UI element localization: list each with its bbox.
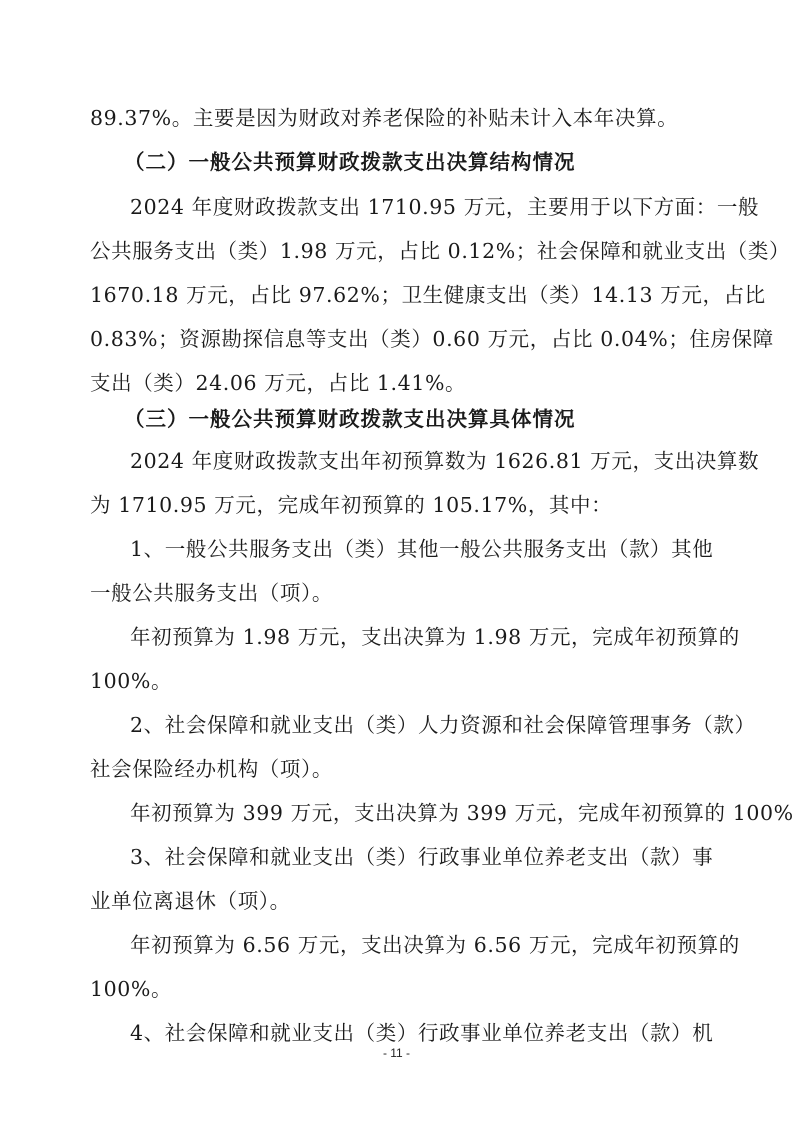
section-heading-structure: （二）一般公共预算财政拨款支出决算结构情况	[124, 140, 576, 184]
paragraph-line: 年初预算为 399 万元，支出决算为 399 万元，完成年初预算的 100%。	[130, 791, 712, 835]
paragraph-line: 89.37%。主要是因为财政对养老保险的补贴未计入本年决算。	[90, 96, 712, 140]
paragraph-line: 业单位离退休（项）。	[90, 879, 712, 923]
paragraph-line: 年初预算为 1.98 万元，支出决算为 1.98 万元，完成年初预算的	[130, 615, 712, 659]
paragraph-line: 2、社会保障和就业支出（类）人力资源和社会保障管理事务（款）	[130, 703, 712, 747]
page-number: - 11 -	[0, 1046, 793, 1060]
paragraph-line: 社会保险经办机构（项）。	[90, 747, 712, 791]
paragraph-line: 公共服务支出（类）1.98 万元，占比 0.12%；社会保障和就业支出（类）	[90, 229, 712, 273]
paragraph-line: 100%。	[90, 967, 712, 1011]
paragraph-line: 2024 年度财政拨款支出年初预算数为 1626.81 万元，支出决算数	[130, 439, 712, 483]
section-heading-details: （三）一般公共预算财政拨款支出决算具体情况	[124, 397, 576, 441]
document-page: 89.37%。主要是因为财政对养老保险的补贴未计入本年决算。 （二）一般公共预算…	[0, 0, 793, 1122]
paragraph-line: 1670.18 万元，占比 97.62%；卫生健康支出（类）14.13 万元，占…	[90, 273, 712, 317]
paragraph-line: 为 1710.95 万元，完成年初预算的 105.17%，其中：	[90, 483, 712, 527]
paragraph-line: 1、一般公共服务支出（类）其他一般公共服务支出（款）其他	[130, 527, 712, 571]
paragraph-line: 年初预算为 6.56 万元，支出决算为 6.56 万元，完成年初预算的	[130, 923, 712, 967]
paragraph-line: 3、社会保障和就业支出（类）行政事业单位养老支出（款）事	[130, 835, 712, 879]
paragraph-line: 0.83%；资源勘探信息等支出（类）0.60 万元，占比 0.04%；住房保障	[90, 317, 712, 361]
paragraph-line: 2024 年度财政拨款支出 1710.95 万元，主要用于以下方面：一般	[130, 185, 712, 229]
paragraph-line: 100%。	[90, 659, 712, 703]
paragraph-line: 一般公共服务支出（项）。	[90, 571, 712, 615]
